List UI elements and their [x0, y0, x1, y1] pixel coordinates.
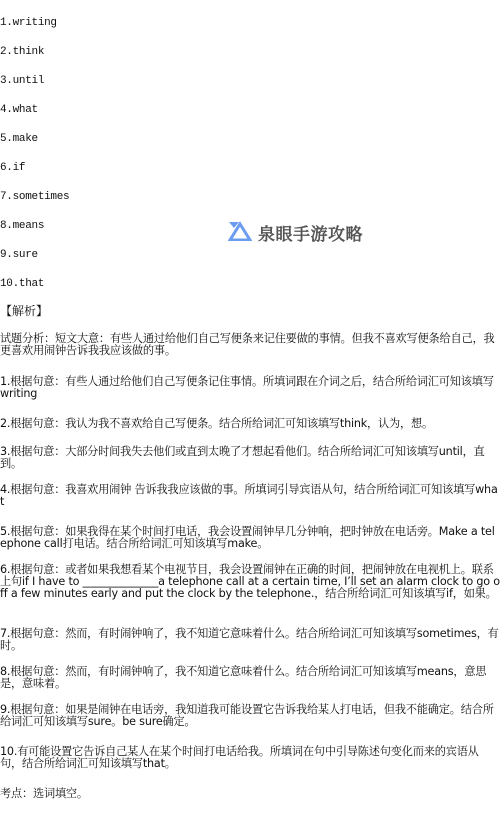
explanation-8: 8.根据句意：然而，有时闹钟响了，我不知道它意味着什么。结合所给词汇可知该填写m…	[0, 666, 500, 690]
answer-number: 5.	[0, 133, 13, 145]
watermark: 泉眼手游攻略	[228, 220, 363, 245]
answer-item: 4.what	[0, 103, 38, 117]
answer-word: writing	[13, 17, 57, 29]
hourglass-triangle-logo-icon	[228, 221, 252, 245]
explanation-1: 1.根据句意：有些人通过给他们自己写便条记住事情。所填词跟在介词之后，结合所给词…	[0, 376, 500, 400]
answer-number: 8.	[0, 220, 13, 232]
exam-point: 考点：选词填空。	[0, 788, 500, 800]
answer-number: 7.	[0, 191, 13, 203]
answer-number: 2.	[0, 46, 13, 58]
answer-item: 10.that	[0, 277, 44, 291]
explanation-9: 9.根据句意：如果是闹钟在电话旁，我知道我可能设置它告诉我给某人打电话，但我不能…	[0, 704, 500, 728]
answer-number: 10.	[0, 278, 19, 290]
answer-item: 6.if	[0, 161, 25, 175]
watermark-text: 泉眼手游攻略	[258, 220, 363, 245]
explanation-2: 2.根据句意：我认为我不喜欢给自己写便条。结合所给词汇可知该填写think，认为…	[0, 418, 500, 430]
answer-number: 4.	[0, 104, 13, 116]
answer-number: 1.	[0, 17, 13, 29]
explanation-5: 5.根据句意：如果我得在某个时间打电话，我会设置闹钟早几分钟响，把时钟放在电话旁…	[0, 526, 500, 550]
explanation-10: 10.有可能设置它告诉自己某人在某个时间打电话给我。所填词在句中引导陈述句变化而…	[0, 746, 500, 770]
answer-item: 5.make	[0, 132, 38, 146]
answer-number: 6.	[0, 162, 13, 174]
explanation-7: 7.根据句意：然而，有时闹钟响了，我不知道它意味着什么。结合所给词汇可知该填写s…	[0, 628, 500, 652]
answer-item: 1.writing	[0, 16, 57, 30]
answer-word: what	[13, 104, 38, 116]
answer-number: 9.	[0, 249, 13, 261]
answer-word: sometimes	[13, 191, 70, 203]
explanation-6: 6.根据句意：或者如果我想看某个电视节目，我会设置闹钟在正确的时间，把闹钟放在电…	[0, 564, 500, 600]
answer-word: sure	[13, 249, 38, 261]
analysis-heading: 【解析】	[0, 304, 48, 318]
explanation-3: 3.根据句意：大部分时间我失去他们或直到太晚了才想起看他们。结合所给词汇可知该填…	[0, 446, 500, 470]
explanation-4: 4.根据句意：我喜欢用闹钟 告诉我我应该做的事。所填词引导宾语从句，结合所给词汇…	[0, 484, 500, 508]
answer-word: that	[19, 278, 44, 290]
answer-word: think	[13, 46, 45, 58]
answer-number: 3.	[0, 75, 13, 87]
answer-item: 8.means	[0, 219, 44, 233]
summary-paragraph: 试题分析：短文大意：有些人通过给他们自己写便条来记住要做的事情。但我不喜欢写便条…	[0, 333, 500, 357]
answer-item: 3.until	[0, 74, 44, 88]
answer-word: if	[13, 162, 26, 174]
answer-word: until	[13, 75, 45, 87]
answer-item: 9.sure	[0, 248, 38, 262]
answer-item: 7.sometimes	[0, 190, 69, 204]
answer-item: 2.think	[0, 45, 44, 59]
answer-word: make	[13, 133, 38, 145]
answer-word: means	[13, 220, 45, 232]
